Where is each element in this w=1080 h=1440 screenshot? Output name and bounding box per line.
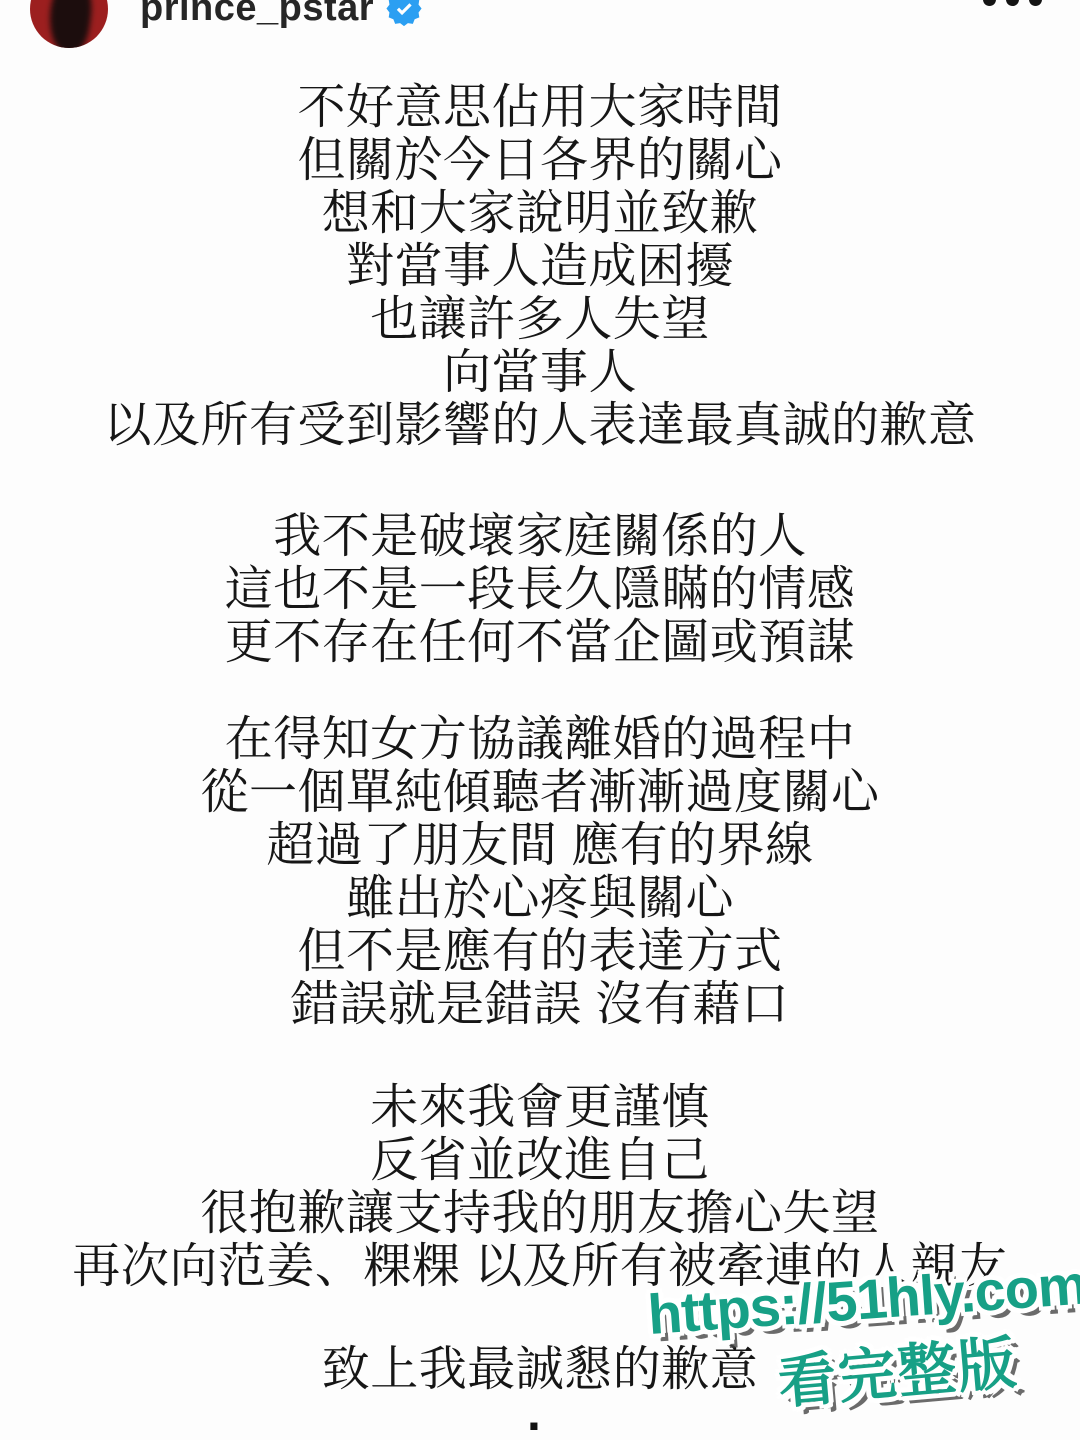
dot bbox=[983, 0, 996, 6]
body-line: 很抱歉讓支持我的朋友擔心失望 bbox=[0, 1187, 1080, 1240]
paragraph-1: 不好意思佔用大家時間 但關於今日各界的關心 想和大家說明並致歉 對當事人造成困擾… bbox=[0, 81, 1080, 452]
body-line: 在得知女方協議離婚的過程中 bbox=[0, 713, 1080, 766]
paragraph-2: 我不是破壞家庭關係的人 這也不是一段長久隱瞞的情感 更不存在任何不當企圖或預謀 bbox=[0, 510, 1080, 669]
post-header: prince_pstar bbox=[0, 0, 1080, 60]
body-line: 未來我會更謹慎 bbox=[0, 1081, 1080, 1134]
post-body-text: 不好意思佔用大家時間 但關於今日各界的關心 想和大家說明並致歉 對當事人造成困擾… bbox=[0, 81, 1080, 1396]
body-line: 以及所有受到影響的人表達最真誠的歉意 bbox=[0, 399, 1080, 452]
body-line: 想和大家說明並致歉 bbox=[0, 187, 1080, 240]
paragraph-4: 未來我會更謹慎 反省並改進自己 很抱歉讓支持我的朋友擔心失望 再次向范姜、粿粿 … bbox=[0, 1081, 1080, 1293]
avatar-silhouette bbox=[45, 0, 96, 48]
body-line: 超過了朋友間 應有的界線 bbox=[0, 819, 1080, 872]
dot bbox=[1029, 0, 1042, 6]
trailing-period: . bbox=[527, 1384, 541, 1440]
body-line: 向當事人 bbox=[0, 346, 1080, 399]
body-line: 從一個單純傾聽者漸漸過度關心 bbox=[0, 766, 1080, 819]
body-line: 我不是破壞家庭關係的人 bbox=[0, 510, 1080, 563]
dot bbox=[1006, 0, 1019, 6]
body-line: 錯誤就是錯誤 沒有藉口 bbox=[0, 978, 1080, 1031]
body-line: 不好意思佔用大家時間 bbox=[0, 81, 1080, 134]
body-line: 但不是應有的表達方式 bbox=[0, 925, 1080, 978]
paragraph-3: 在得知女方協議離婚的過程中 從一個單純傾聽者漸漸過度關心 超過了朋友間 應有的界… bbox=[0, 713, 1080, 1031]
body-line: 對當事人造成困擾 bbox=[0, 240, 1080, 293]
body-line: 反省並改進自己 bbox=[0, 1134, 1080, 1187]
body-line: 也讓許多人失望 bbox=[0, 293, 1080, 346]
avatar[interactable] bbox=[30, 0, 108, 48]
verified-badge-icon bbox=[386, 0, 422, 27]
username-row: prince_pstar bbox=[140, 0, 422, 30]
more-options-icon[interactable] bbox=[983, 0, 1042, 6]
body-line: 但關於今日各界的關心 bbox=[0, 134, 1080, 187]
body-line: 更不存在任何不當企圖或預謀 bbox=[0, 616, 1080, 669]
username[interactable]: prince_pstar bbox=[140, 0, 374, 30]
body-line: 這也不是一段長久隱瞞的情感 bbox=[0, 563, 1080, 616]
body-line: 雖出於心疼與關心 bbox=[0, 872, 1080, 925]
